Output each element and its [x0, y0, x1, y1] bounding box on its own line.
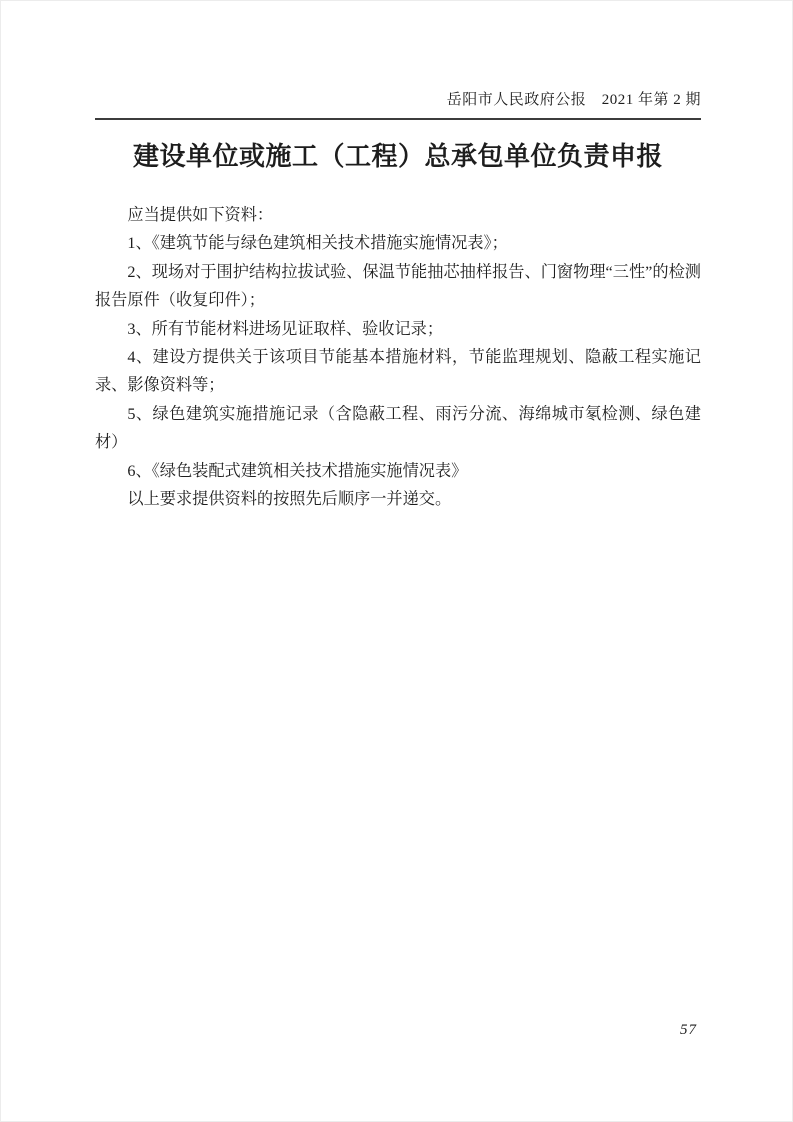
scanned-gazette-page: 岳阳市人民政府公报 2021 年第 2 期 建设单位或施工（工程）总承包单位负责… — [0, 0, 793, 1122]
page-header: 岳阳市人民政府公报 2021 年第 2 期 — [95, 90, 701, 110]
article-title: 建设单位或施工（工程）总承包单位负责申报 — [95, 139, 701, 175]
page-number: 57 — [680, 1022, 697, 1039]
article-body: 应当提供如下资料： 1、《建筑节能与绿色建筑相关技术措施实施情况表》； 2、现场… — [95, 201, 701, 513]
closing-line: 以上要求提供资料的按照先后顺序一并递交。 — [95, 485, 701, 513]
list-item-4: 4、建设方提供关于该项目节能基本措施材料，节能监理规划、隐蔽工程实施记录、影像资… — [95, 343, 701, 400]
list-item-3: 3、所有节能材料进场见证取样、验收记录； — [95, 315, 701, 343]
list-item-2: 2、现场对于围护结构拉拔试验、保温节能抽芯抽样报告、门窗物理“三性”的检测报告原… — [95, 258, 701, 315]
header-divider — [95, 118, 701, 120]
intro-line: 应当提供如下资料： — [95, 201, 701, 229]
list-item-6: 6、《绿色装配式建筑相关技术措施实施情况表》 — [95, 457, 701, 485]
gazette-issue-label: 岳阳市人民政府公报 2021 年第 2 期 — [447, 92, 701, 108]
list-item-1: 1、《建筑节能与绿色建筑相关技术措施实施情况表》； — [95, 229, 701, 257]
list-item-5: 5、绿色建筑实施措施记录（含隐蔽工程、雨污分流、海绵城市氡检测、绿色建材） — [95, 400, 701, 457]
document-viewport: { "header": { "gazette_issue": "岳阳市人民政府公… — [0, 0, 793, 1122]
